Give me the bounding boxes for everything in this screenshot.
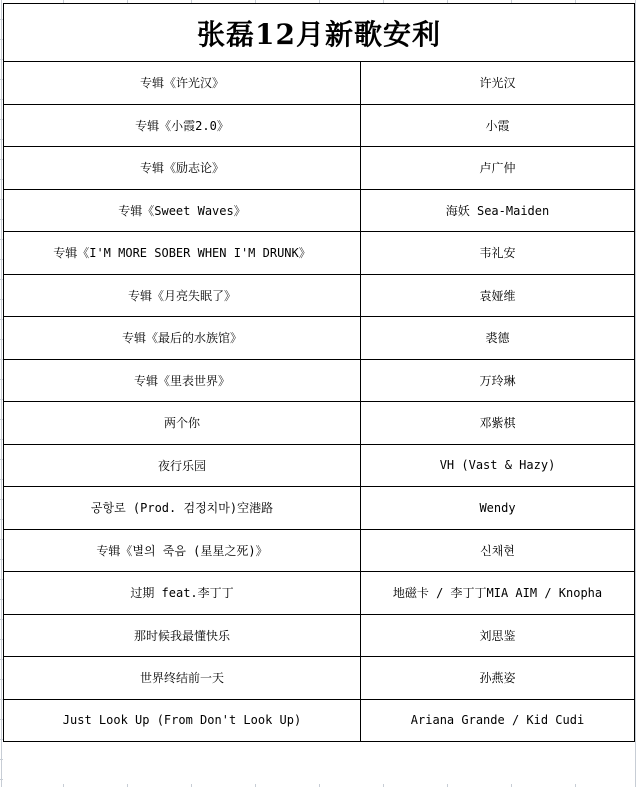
table-row: 专辑《I'M MORE SOBER WHEN I'M DRUNK》韦礼安 xyxy=(4,232,635,275)
song-cell[interactable]: 공항로 (Prod. 검정치마)空港路 xyxy=(4,487,361,530)
song-cell[interactable]: 夜行乐园 xyxy=(4,444,361,487)
artist-cell[interactable]: 小霞 xyxy=(361,104,635,147)
song-cell[interactable]: 过期 feat.李丁丁 xyxy=(4,572,361,615)
table-row: 专辑《励志论》卢广仲 xyxy=(4,147,635,190)
table-row: 夜行乐园VH (Vast & Hazy) xyxy=(4,444,635,487)
song-cell[interactable]: 专辑《月亮失眠了》 xyxy=(4,274,361,317)
artist-cell[interactable]: 裘德 xyxy=(361,317,635,360)
artist-cell[interactable]: Ariana Grande / Kid Cudi xyxy=(361,699,635,742)
table-row: Just Look Up (From Don't Look Up)Ariana … xyxy=(4,699,635,742)
artist-cell[interactable]: 신채현 xyxy=(361,529,635,572)
artist-cell[interactable]: 卢广仲 xyxy=(361,147,635,190)
spreadsheet-canvas: 张磊12月新歌安利 专辑《许光汉》许光汉专辑《小霞2.0》小霞专辑《励志论》卢广… xyxy=(0,0,637,787)
table-row: 两个你邓紫棋 xyxy=(4,402,635,445)
table-row: 专辑《许光汉》许光汉 xyxy=(4,62,635,105)
song-cell[interactable]: 那时候我最懂快乐 xyxy=(4,614,361,657)
table-row: 专辑《月亮失眠了》袁娅维 xyxy=(4,274,635,317)
table-row: 专辑《Sweet Waves》海妖 Sea-Maiden xyxy=(4,189,635,232)
artist-cell[interactable]: 袁娅维 xyxy=(361,274,635,317)
table-body: 张磊12月新歌安利 专辑《许光汉》许光汉专辑《小霞2.0》小霞专辑《励志论》卢广… xyxy=(4,4,635,742)
artist-cell[interactable]: 地磁卡 / 李丁丁MIA AIM / Knopha xyxy=(361,572,635,615)
table-row: 专辑《最后的水族馆》裘德 xyxy=(4,317,635,360)
song-cell[interactable]: 专辑《最后的水族馆》 xyxy=(4,317,361,360)
table-row: 专辑《별의 죽음 (星星之死)》신채현 xyxy=(4,529,635,572)
song-cell[interactable]: 两个你 xyxy=(4,402,361,445)
song-cell[interactable]: 专辑《I'M MORE SOBER WHEN I'M DRUNK》 xyxy=(4,232,361,275)
song-cell[interactable]: 专辑《里表世界》 xyxy=(4,359,361,402)
song-cell[interactable]: 专辑《许光汉》 xyxy=(4,62,361,105)
table-row: 那时候我最懂快乐刘思鉴 xyxy=(4,614,635,657)
song-cell[interactable]: Just Look Up (From Don't Look Up) xyxy=(4,699,361,742)
songs-table: 张磊12月新歌安利 专辑《许光汉》许光汉专辑《小霞2.0》小霞专辑《励志论》卢广… xyxy=(3,3,635,742)
artist-cell[interactable]: 海妖 Sea-Maiden xyxy=(361,189,635,232)
artist-cell[interactable]: 许光汉 xyxy=(361,62,635,105)
table-row: 专辑《小霞2.0》小霞 xyxy=(4,104,635,147)
title-row: 张磊12月新歌安利 xyxy=(4,4,635,62)
artist-cell[interactable]: 万玲琳 xyxy=(361,359,635,402)
artist-cell[interactable]: Wendy xyxy=(361,487,635,530)
song-cell[interactable]: 专辑《励志论》 xyxy=(4,147,361,190)
artist-cell[interactable]: 孙燕姿 xyxy=(361,657,635,700)
artist-cell[interactable]: 韦礼安 xyxy=(361,232,635,275)
table-row: 世界终结前一天孙燕姿 xyxy=(4,657,635,700)
table-row: 공항로 (Prod. 검정치마)空港路Wendy xyxy=(4,487,635,530)
artist-cell[interactable]: 刘思鉴 xyxy=(361,614,635,657)
song-cell[interactable]: 世界终结前一天 xyxy=(4,657,361,700)
artist-cell[interactable]: 邓紫棋 xyxy=(361,402,635,445)
table-row: 过期 feat.李丁丁地磁卡 / 李丁丁MIA AIM / Knopha xyxy=(4,572,635,615)
table-row: 专辑《里表世界》万玲琳 xyxy=(4,359,635,402)
artist-cell[interactable]: VH (Vast & Hazy) xyxy=(361,444,635,487)
song-cell[interactable]: 专辑《Sweet Waves》 xyxy=(4,189,361,232)
page-title[interactable]: 张磊12月新歌安利 xyxy=(4,4,635,62)
sheet-gridline-left-edge xyxy=(1,0,2,787)
song-cell[interactable]: 专辑《별의 죽음 (星星之死)》 xyxy=(4,529,361,572)
sheet-gridline-right-edge xyxy=(635,0,636,787)
song-cell[interactable]: 专辑《小霞2.0》 xyxy=(4,104,361,147)
